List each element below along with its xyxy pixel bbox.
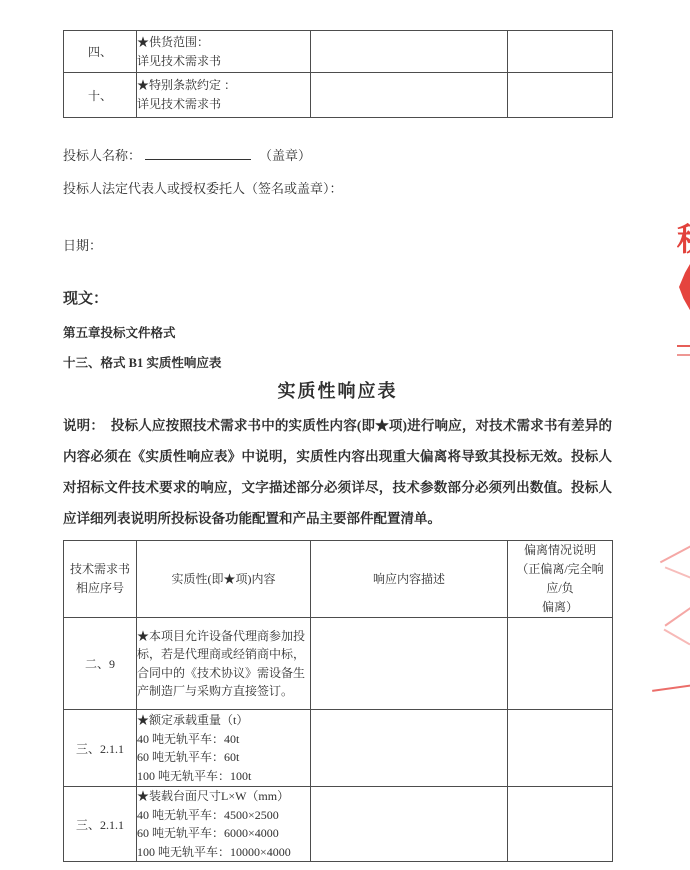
header-deviation: 偏离情况说明 （正偏离/完全响应/负 偏离） [508,541,613,618]
term-response-cell [311,73,508,118]
table-row: 三、2.1.1 ★装载台面尺寸L×W（mm） 40 吨无轨平车：4500×250… [64,787,613,862]
req-content-cell: ★本项目允许设备代理商参加投标，若是代理商或经销商中标，合同中的《技术协议》需设… [137,618,311,710]
current-text-heading: 现文： [63,289,612,309]
table-row: 二、9 ★本项目允许设备代理商参加投标，若是代理商或经销商中标，合同中的《技术协… [64,618,613,710]
req-seq-cell: 三、2.1.1 [64,787,137,862]
stamp-scribble [652,684,690,692]
terms-table: 四、 ★供货范围： 详见技术需求书 十、 ★特别条款约定 ： 详见技术需求书 [63,30,613,118]
bidder-name-blank [145,146,251,160]
req-deviation-cell [508,710,613,787]
bidder-name-label: 投标人名称： [63,148,141,163]
instructions-paragraph: 说明： 投标人应按照技术需求书中的实质性内容(即★项)进行响应，对技术需求书有差… [63,410,612,534]
stamp-character-glyph: 税 [677,222,690,256]
term-seq-cell: 十、 [64,73,137,118]
table-row: 四、 ★供货范围： 详见技术需求书 [64,31,613,73]
req-content-cell: ★额定承载重量（t） 40 吨无轨平车：40t 60 吨无轨平车：60t 100… [137,710,311,787]
header-response: 响应内容描述 [311,541,508,618]
seal-note: （盖章） [259,148,311,163]
date-line: 日期： [63,238,612,254]
req-response-cell [311,710,508,787]
stamp-dash [677,345,690,356]
req-response-cell [311,787,508,862]
chapter-heading: 第五章投标文件格式 [63,325,612,342]
stamp-scribble [660,543,690,564]
table-row: 三、2.1.1 ★额定承载重量（t） 40 吨无轨平车：40t 60 吨无轨平车… [64,710,613,787]
req-deviation-cell [508,618,613,710]
response-table-title: 实质性响应表 [63,378,612,404]
stamp-scribble [664,629,690,646]
req-deviation-cell [508,787,613,862]
representative-line: 投标人法定代表人或授权委托人（签名或盖章）： [63,181,612,197]
stamp-scribble [665,566,690,579]
header-seq: 技术需求书 相应序号 [64,541,137,618]
term-deviation-cell [508,73,613,118]
stamp-scribble [665,605,690,626]
term-content-cell: ★供货范围： 详见技术需求书 [137,31,311,73]
bidder-name-line: 投标人名称：（盖章） [63,146,612,164]
term-response-cell [311,31,508,73]
header-content: 实质性(即★项)内容 [137,541,311,618]
term-seq-cell: 四、 [64,31,137,73]
term-deviation-cell [508,31,613,73]
format-heading: 十三、格式 B1 实质性响应表 [63,355,612,372]
req-content-cell: ★装载台面尺寸L×W（mm） 40 吨无轨平车：4500×2500 60 吨无轨… [137,787,311,862]
req-response-cell [311,618,508,710]
scanned-document-page: 四、 ★供货范围： 详见技术需求书 十、 ★特别条款约定 ： 详见技术需求书 投… [0,0,690,870]
stamp-character-fragment: 税 [677,222,690,258]
stamp-mark [679,264,690,312]
response-table: 技术需求书 相应序号 实质性(即★项)内容 响应内容描述 偏离情况说明 （正偏离… [63,540,613,862]
term-content-cell: ★特别条款约定 ： 详见技术需求书 [137,73,311,118]
req-seq-cell: 二、9 [64,618,137,710]
table-header-row: 技术需求书 相应序号 实质性(即★项)内容 响应内容描述 偏离情况说明 （正偏离… [64,541,613,618]
req-seq-cell: 三、2.1.1 [64,710,137,787]
table-row: 十、 ★特别条款约定 ： 详见技术需求书 [64,73,613,118]
